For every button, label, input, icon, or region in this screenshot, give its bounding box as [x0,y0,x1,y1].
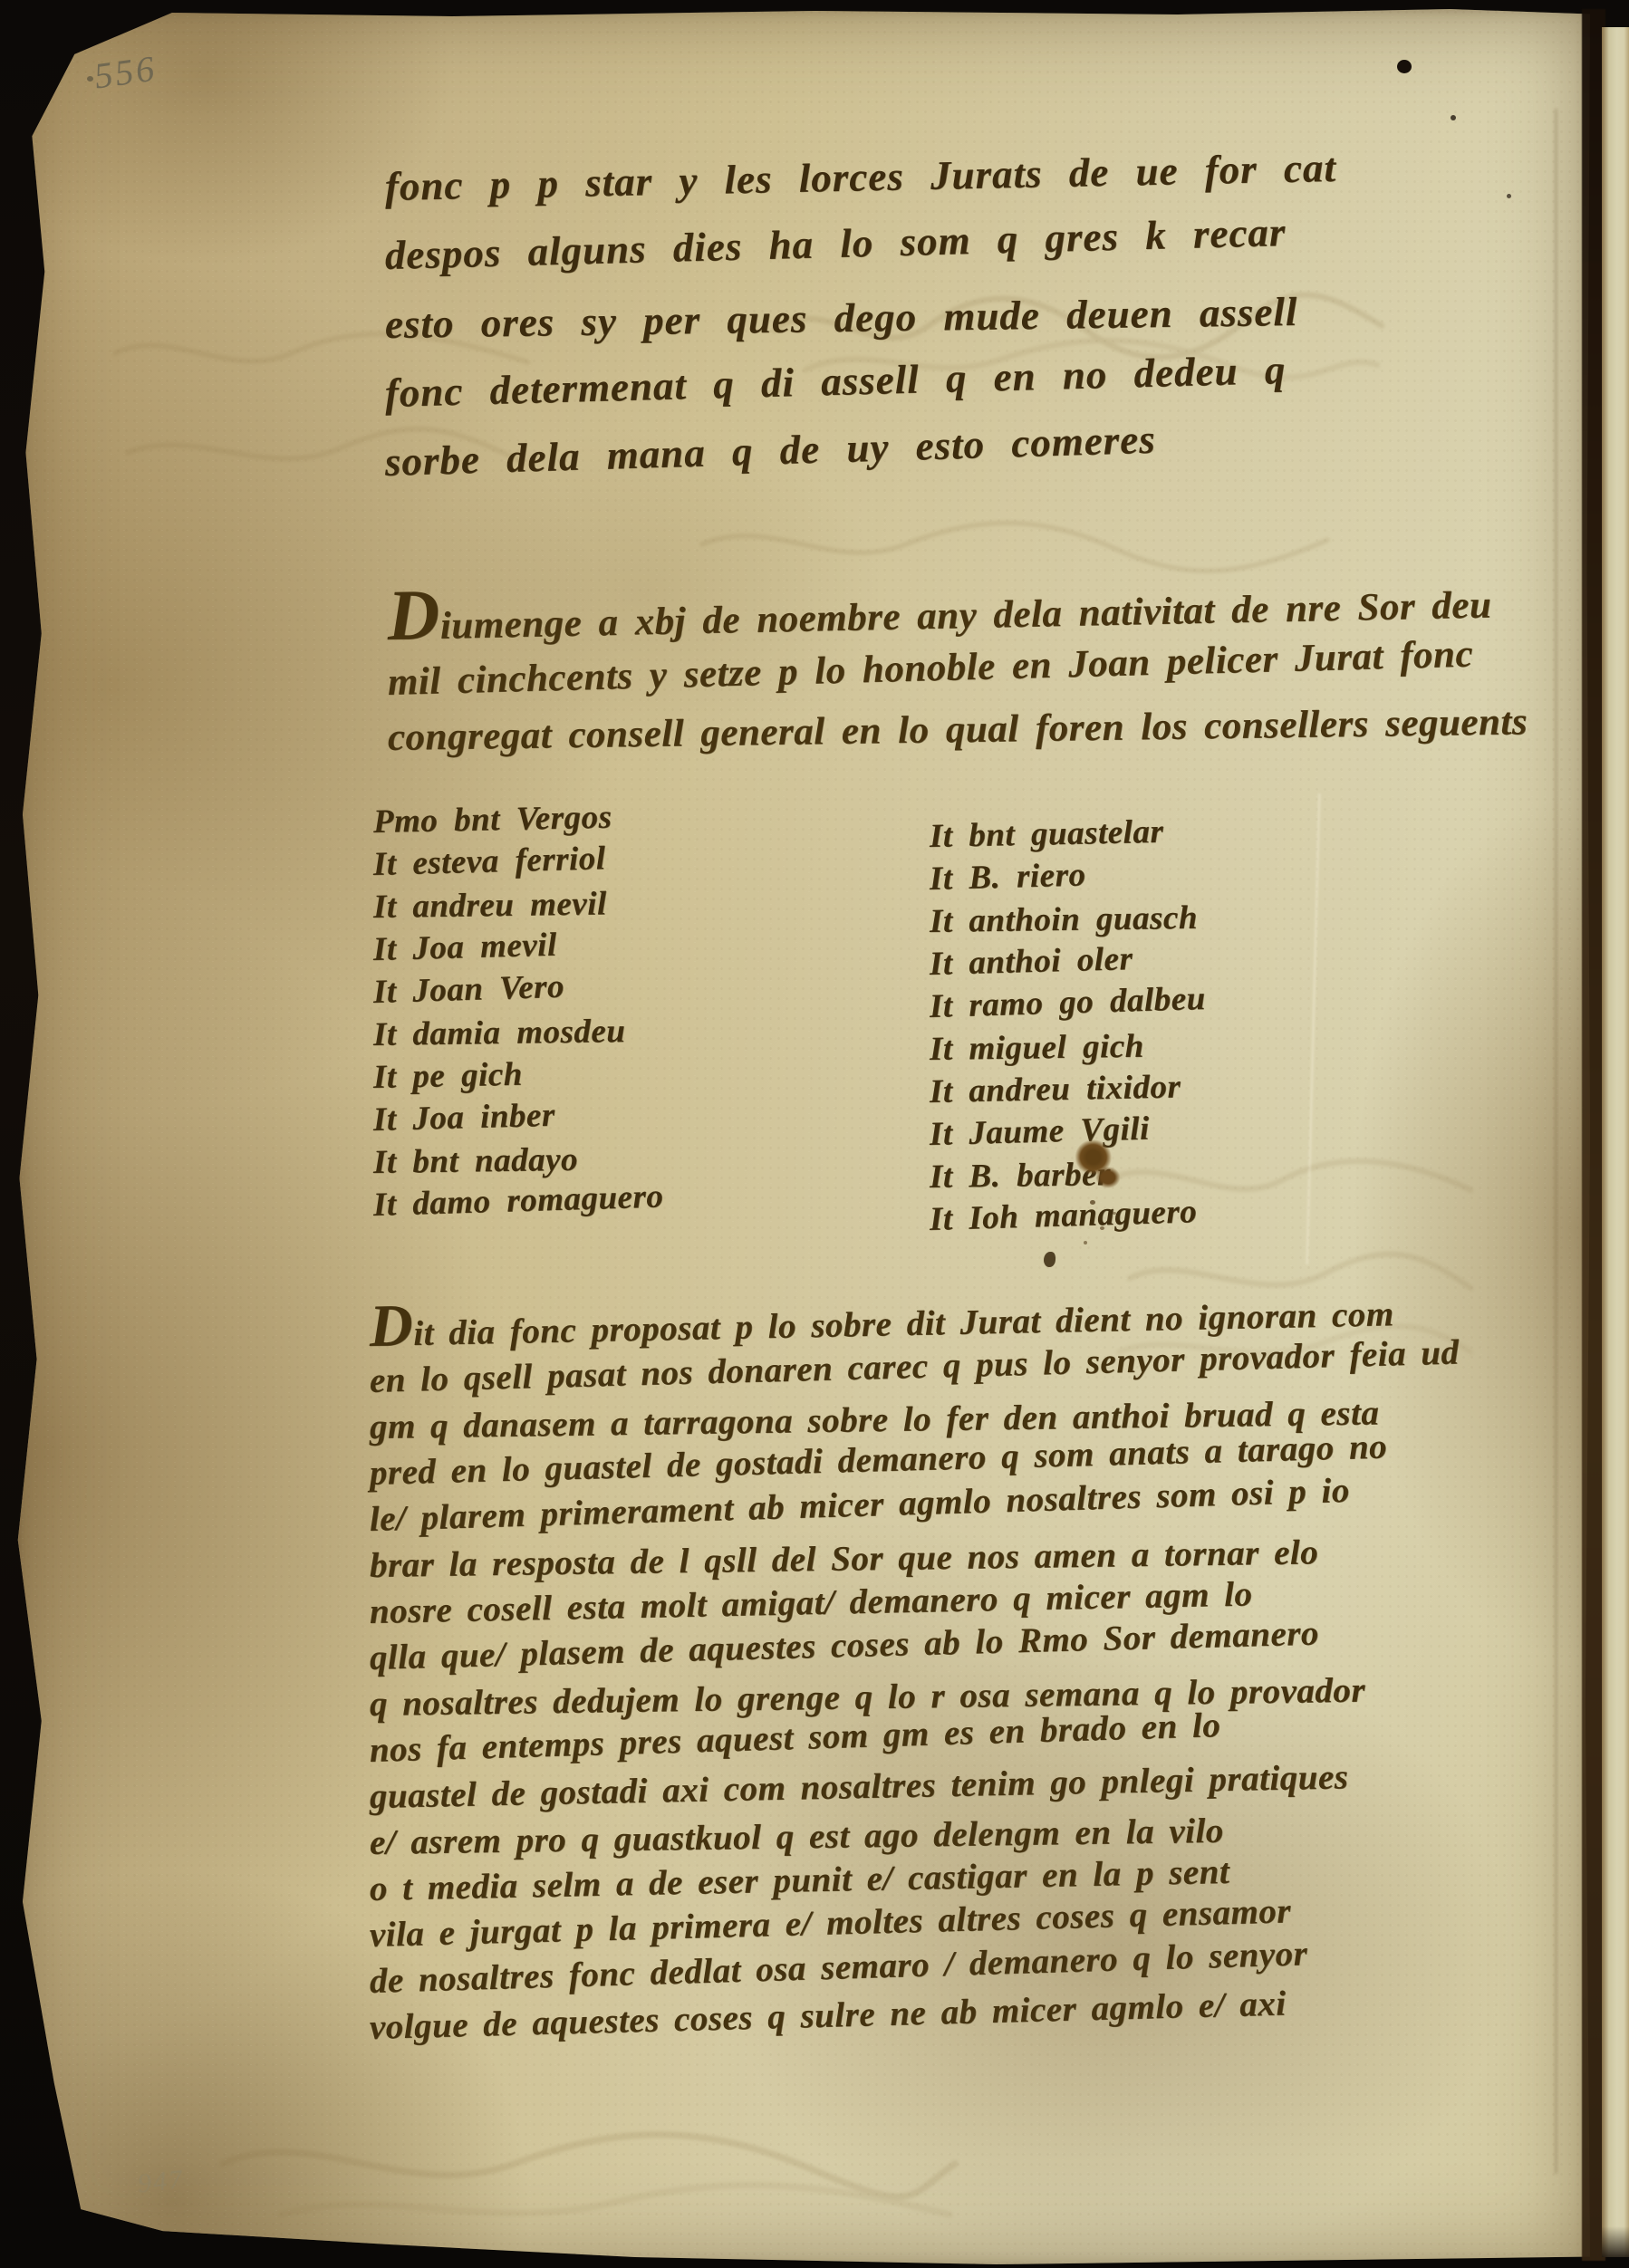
attendee-name: It esteva ferriol [372,836,664,886]
main-paragraph: Dit dia fonc proposat p lo sobre dit Jur… [370,1312,1460,2051]
ink-speck [1100,1226,1104,1230]
attendee-name: It miguel gich [930,1024,1207,1071]
ink-showthrough [217,2101,960,2237]
paper-crease [1555,109,1557,2174]
attendee-name: It andreu tixidor [929,1065,1206,1113]
ink-speck [1084,1241,1087,1245]
attendee-name: It damia mosdeu [373,1010,664,1056]
attendee-name: It Joan Vero [372,963,664,1014]
folio-number-top: 556 [92,46,159,97]
ink-speck [1113,1212,1116,1215]
ink-speck [1451,115,1456,120]
attendee-name: It ramo go dalbeu [929,977,1206,1028]
manuscript-photo: 556 947 fonc p p star y les lorces Jurat… [0,0,1629,2268]
attendee-name: It Joa inber [372,1091,664,1141]
attendee-column-right: It bnt guastelar It B. riero It anthoin … [930,815,1206,1241]
date-paragraph: Diumenge a xbj de noembre any dela nativ… [388,600,1528,765]
attendee-column-left: Pmo bnt Vergos It esteva ferriol It andr… [373,801,664,1226]
ink-speck [1090,1200,1095,1205]
ink-dot [1397,60,1412,73]
attendee-name: It B. riero [929,850,1206,900]
ink-speck [1507,194,1511,198]
opening-paragraph: fonc p p star y les lorces Jurats de ue … [385,152,1336,496]
attendee-name: It damo romaguero [372,1176,664,1226]
attendee-name: It Ioh managuero [929,1190,1206,1241]
adjacent-page-edge [1602,27,1629,2257]
ink-speck [1044,1252,1055,1267]
attendee-name: It bnt guastelar [929,810,1206,858]
pencil-dot [87,76,93,82]
attendee-name: It Jaume Vgili [929,1106,1206,1156]
folio-number-bottom: 947 [136,2164,185,2199]
